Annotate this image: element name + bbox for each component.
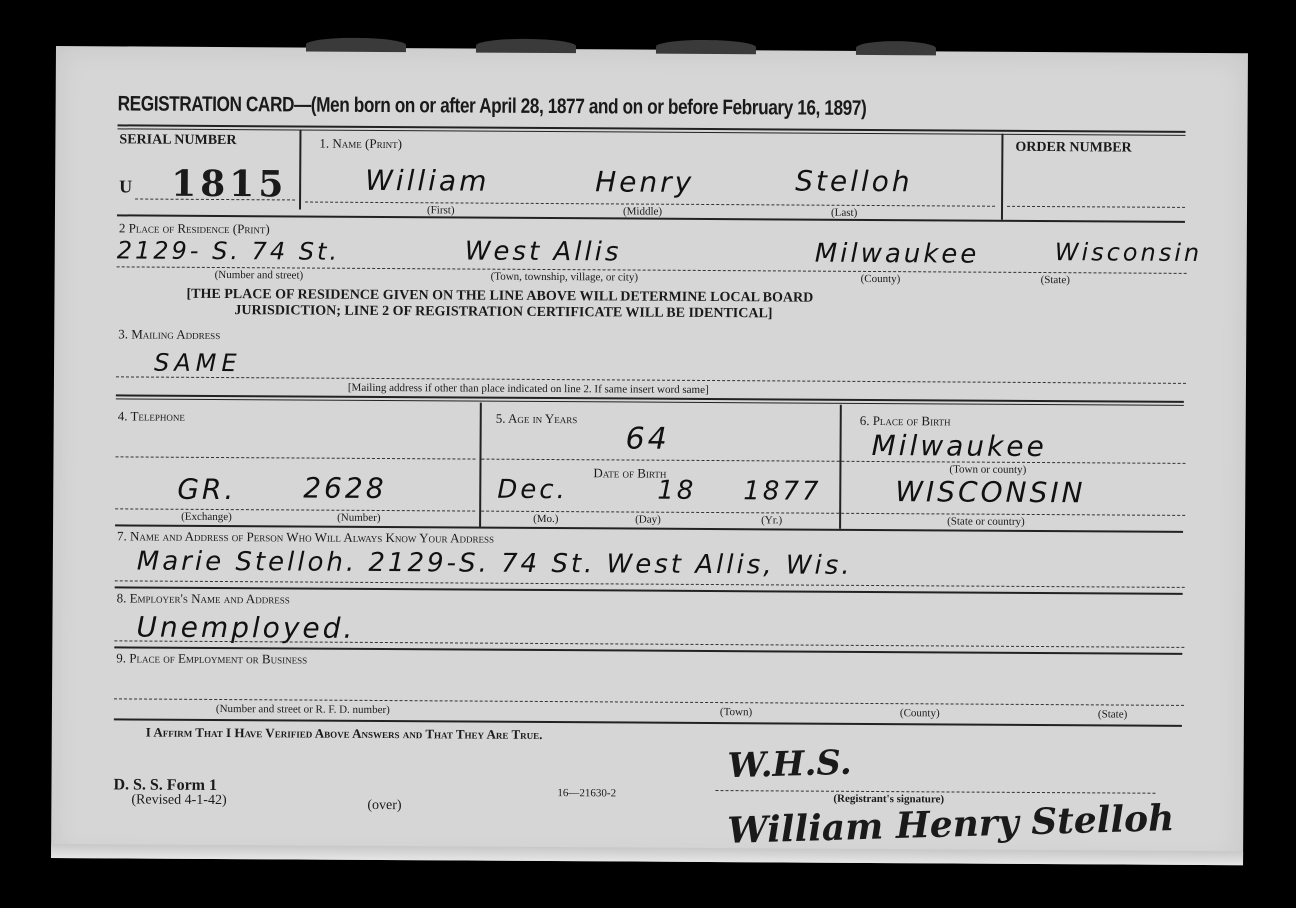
serial-prefix: U <box>119 176 132 197</box>
telephone-label: 4. Telephone <box>118 408 185 424</box>
month-caption: (Mo.) <box>533 513 558 525</box>
birth-state-caption: (State or country) <box>947 515 1025 527</box>
middle-caption: (Middle) <box>623 205 662 217</box>
contact-value: Marie Stelloh. 2129-S. 74 St. West Allis… <box>137 547 853 581</box>
affirmation-text: I Affirm That I Have Verified Above Answ… <box>146 725 543 743</box>
employer-label: 8. Employer's Name and Address <box>117 590 290 607</box>
mailing-address-value: Same <box>154 349 242 378</box>
order-number-label: ORDER NUMBER <box>1015 140 1131 157</box>
name-last: Stelloh <box>795 165 913 199</box>
print-code: 16—21630-2 <box>557 787 616 799</box>
dob-month: Dec. <box>497 475 568 505</box>
serial-number-label: SERIAL NUMBER <box>119 132 236 149</box>
year-caption: (Yr.) <box>761 514 782 526</box>
form-revised: (Revised 4-1-42) <box>131 792 226 809</box>
mailing-caption: [Mailing address if other than place ind… <box>348 382 709 396</box>
emp-town-caption: (Town) <box>720 706 752 718</box>
card-title: REGISTRATION CARD—(Men born on or after … <box>118 92 867 121</box>
telephone-exchange: Gr. <box>177 473 236 506</box>
day-caption: (Day) <box>635 514 661 526</box>
name-label: 1. Name (Print) <box>319 136 402 153</box>
birth-state: Wisconsin <box>895 475 1085 509</box>
place-of-birth-label: 6. Place of Birth <box>860 413 951 430</box>
exchange-caption: (Exchange) <box>181 511 232 523</box>
card-top-tabs <box>56 36 1248 57</box>
registration-card: REGISTRATION CARD—(Men born on or after … <box>51 46 1248 865</box>
county-caption: (County) <box>861 273 901 285</box>
state-caption: (State) <box>1041 274 1070 286</box>
last-caption: (Last) <box>831 207 857 219</box>
jurisdiction-notice-line2: JURISDICTION; LINE 2 OF REGISTRATION CER… <box>234 303 772 322</box>
dob-day: 18 <box>657 476 696 506</box>
age-value: 64 <box>626 421 670 456</box>
emp-county-caption: (County) <box>900 707 940 719</box>
contact-label: 7. Name and Address of Person Who Will A… <box>117 528 494 546</box>
birth-town: Milwaukee <box>871 429 1046 463</box>
employer-value: Unemployed. <box>136 611 355 645</box>
telephone-number: 2628 <box>303 472 386 506</box>
residence-county: Milwaukee <box>815 239 980 270</box>
street-caption: (Number and street) <box>215 269 304 282</box>
signature-initials: W.H.S. <box>727 743 852 787</box>
title-rule <box>117 124 1185 136</box>
first-caption: (First) <box>427 204 455 216</box>
emp-street-caption: (Number and street or R. F. D. number) <box>216 703 390 716</box>
employment-place-label: 9. Place of Employment or Business <box>116 650 307 667</box>
birth-town-caption: (Town or county) <box>949 463 1026 475</box>
name-middle: Henry <box>595 165 694 199</box>
dob-year: 1877 <box>743 476 821 506</box>
name-first: William <box>365 164 489 198</box>
date-of-birth-label: Date of Birth <box>593 465 666 481</box>
emp-state-caption: (State) <box>1098 708 1127 720</box>
mailing-address-label: 3. Mailing Address <box>118 326 220 343</box>
residence-street: 2129- S. 74 St. <box>117 236 340 265</box>
residence-town: West Allis <box>465 237 622 268</box>
registrant-signature: William Henry Stelloh <box>727 797 1175 852</box>
residence-state: Wisconsin <box>1055 238 1203 267</box>
number-caption: (Number) <box>337 512 380 524</box>
over-label: (over) <box>367 798 401 814</box>
town-caption: (Town, township, village, or city) <box>491 271 638 284</box>
age-label: 5. Age in Years <box>496 411 578 427</box>
residence-label: 2 Place of Residence (Print) <box>119 220 270 237</box>
